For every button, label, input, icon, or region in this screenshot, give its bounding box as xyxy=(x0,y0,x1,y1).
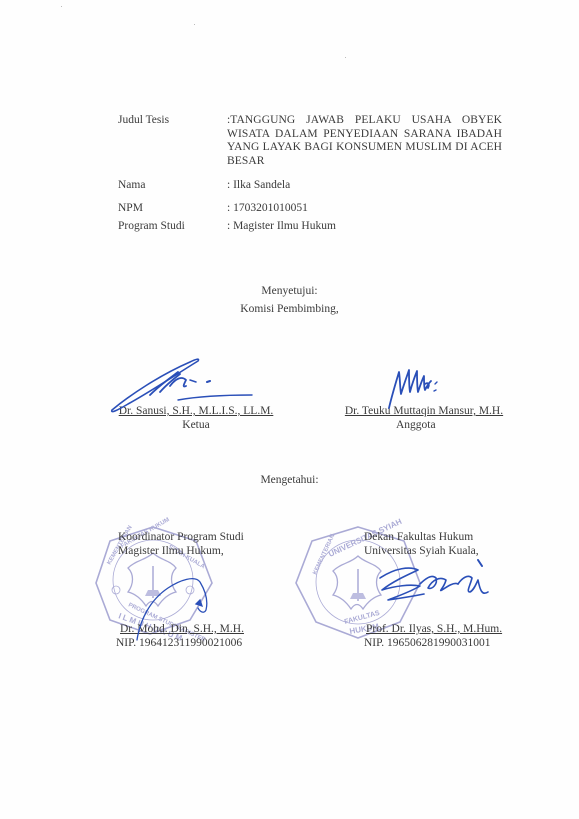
supervisor-chair-block: Dr. Sanusi, S.H., M.L.I.S., LL.M. Ketua xyxy=(106,405,286,432)
coordinator-title-line1: Koordinator Program Studi xyxy=(118,531,244,545)
approval-heading: Menyetujui: xyxy=(0,285,579,297)
signature-sanusi-icon xyxy=(112,359,252,411)
scan-speck xyxy=(61,6,62,7)
npm-row: NPM : 1703201010051 xyxy=(118,202,502,216)
program-label: Program Studi xyxy=(118,220,227,234)
svg-text:KEMENTERIAN: KEMENTERIAN xyxy=(312,533,336,575)
supervisor-chair-role: Ketua xyxy=(106,419,286,433)
program-row: Program Studi : Magister Ilmu Hukum xyxy=(118,220,502,234)
program-value: : Magister Ilmu Hukum xyxy=(227,220,502,234)
document-page: Judul Tesis :TANGGUNG JAWAB PELAKU USAHA… xyxy=(0,0,579,819)
coordinator-name: Dr. Mohd. Din, S.H., M.H. xyxy=(120,623,244,637)
thesis-title-value: :TANGGUNG JAWAB PELAKU USAHA OBYEK WISAT… xyxy=(227,114,502,168)
supervisor-chair-name: Dr. Sanusi, S.H., M.L.I.S., LL.M. xyxy=(106,405,286,419)
coordinator-title: Koordinator Program Studi Magister Ilmu … xyxy=(118,531,244,558)
signature-teuku-icon xyxy=(389,370,437,408)
npm-label: NPM xyxy=(118,202,227,216)
dean-title: Dekan Fakultas Hukum Universitas Syiah K… xyxy=(364,531,479,558)
npm-value: : 1703201010051 xyxy=(227,202,502,216)
dean-title-line1: Dekan Fakultas Hukum xyxy=(364,531,479,545)
coordinator-title-line2: Magister Ilmu Hukum, xyxy=(118,545,244,559)
dean-name: Prof. Dr. Ilyas, S.H., M.Hum. xyxy=(366,623,502,637)
supervisor-member-name: Dr. Teuku Muttaqin Mansur, M.H. xyxy=(340,405,508,419)
scan-speck xyxy=(345,57,346,58)
committee-label: Komisi Pembimbing, xyxy=(0,303,579,315)
signature-ilyas-icon xyxy=(380,560,488,600)
supervisor-member-block: Dr. Teuku Muttaqin Mansur, M.H. Anggota xyxy=(340,405,508,432)
coordinator-signatory: Dr. Mohd. Din, S.H., M.H. NIP. 196412311… xyxy=(120,623,244,650)
supervisor-member-role: Anggota xyxy=(340,419,508,433)
dean-nip: NIP. 196506281990031001 xyxy=(364,637,502,651)
name-value: : Ilka Sandela xyxy=(227,179,502,193)
acknowledgement-heading: Mengetahui: xyxy=(0,474,579,486)
dean-title-line2: Universitas Syiah Kuala, xyxy=(364,545,479,559)
scan-speck xyxy=(194,24,195,25)
thesis-title-row: Judul Tesis :TANGGUNG JAWAB PELAKU USAHA… xyxy=(118,114,502,168)
name-row: Nama : Ilka Sandela xyxy=(118,179,502,193)
thesis-title-label: Judul Tesis xyxy=(118,114,227,168)
name-label: Nama xyxy=(118,179,227,193)
coordinator-nip: NIP. 196412311990021006 xyxy=(116,637,244,651)
dean-signatory: Prof. Dr. Ilyas, S.H., M.Hum. NIP. 19650… xyxy=(366,623,502,650)
